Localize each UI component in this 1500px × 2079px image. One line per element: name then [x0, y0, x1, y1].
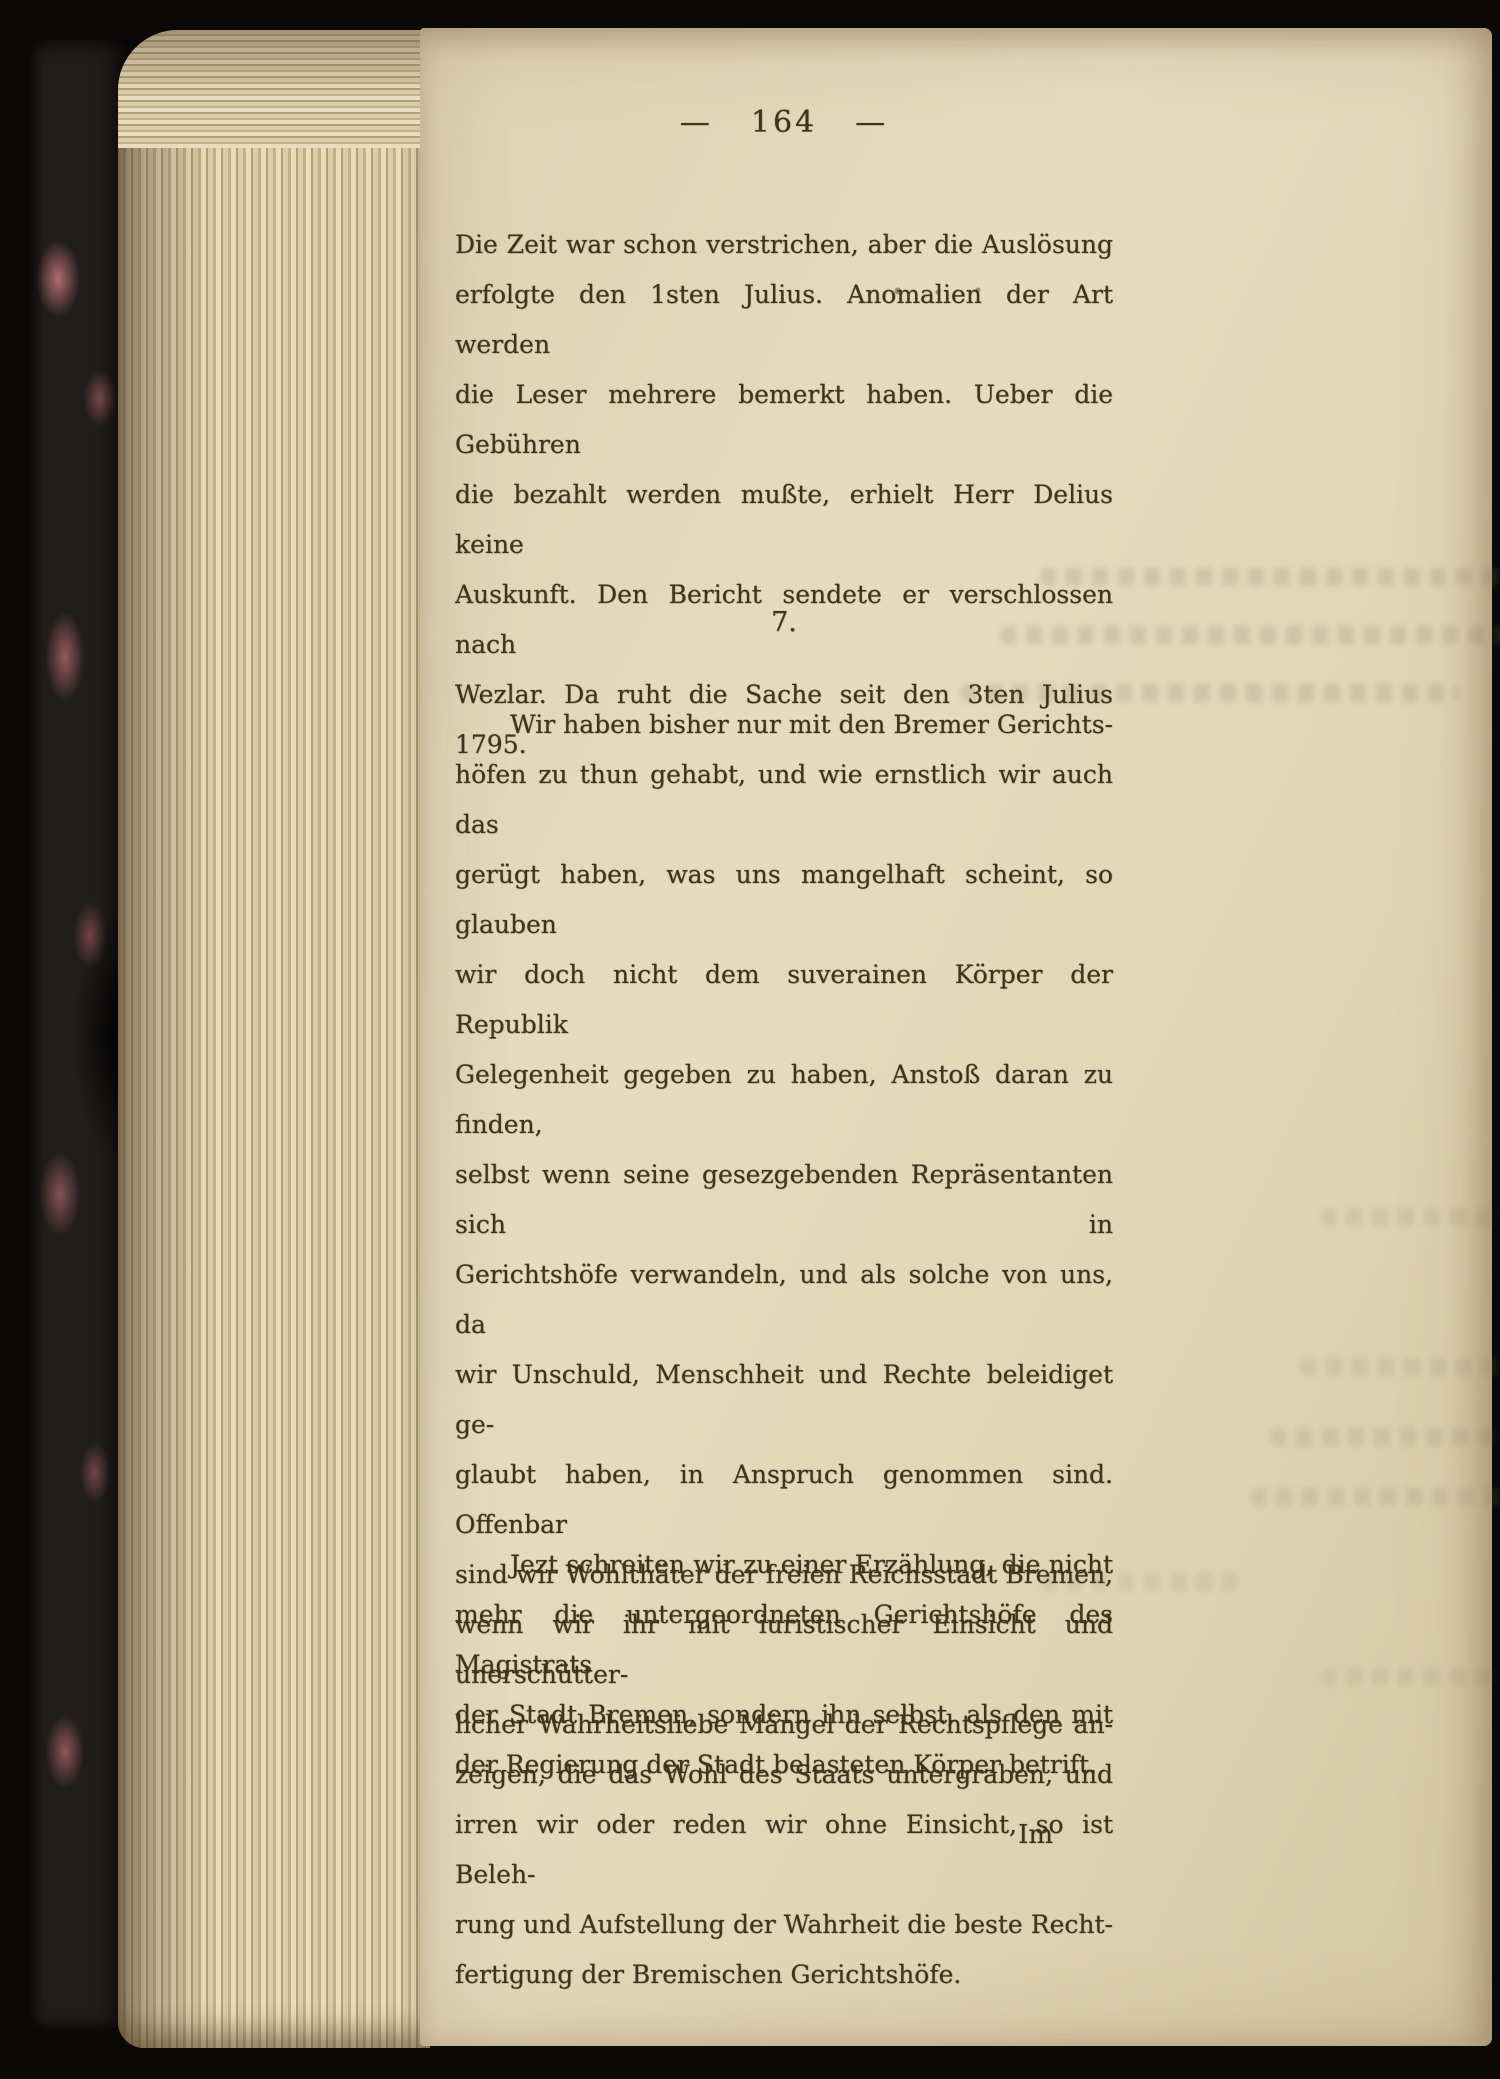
- text-line: wir doch nicht dem suverainen Körper der…: [455, 950, 1113, 1050]
- book-spine-marbled-cover: [30, 40, 130, 2030]
- text-line: der Regierung der Stadt belasteten Körpe…: [455, 1740, 1113, 1790]
- text-line: Wir haben bisher nur mit den Bremer Geri…: [455, 700, 1113, 750]
- section-number: 7.: [455, 598, 1113, 648]
- paragraph-1: Die Zeit war schon verstrichen, aber die…: [455, 220, 1113, 770]
- text-line: die Leser mehrere bemerkt haben. Ueber d…: [455, 370, 1113, 470]
- text-line: der Stadt Bremen, sondern ihn selbst, al…: [455, 1690, 1113, 1740]
- text-line: erfolgte den 1sten Julius. Anomalien der…: [455, 270, 1113, 370]
- text-line: höfen zu thun gehabt, und wie ernstlich …: [455, 750, 1113, 850]
- bleed-through-smudge: [1300, 1358, 1500, 1376]
- header-dash-left: —: [680, 105, 713, 140]
- text-line: gerügt haben, was uns mangelhaft scheint…: [455, 850, 1113, 950]
- bleed-through-smudge: [1250, 1488, 1500, 1506]
- text-line: Gerichtshöfe verwandeln, und als solche …: [455, 1250, 1113, 1350]
- header-dash-right: —: [855, 105, 888, 140]
- bleed-through-smudge: [1270, 1428, 1500, 1446]
- text-line: die bezahlt werden mußte, erhielt Herr D…: [455, 470, 1113, 570]
- text-line: Jezt schreiten wir zu einer Erzählung, d…: [455, 1540, 1113, 1590]
- text-line: wir Unschuld, Menschheit und Rechte bele…: [455, 1350, 1113, 1450]
- page-number: 164: [751, 105, 817, 140]
- bleed-through-smudge: [1320, 1668, 1500, 1686]
- stacked-page-top-edges: [118, 30, 430, 148]
- text-line: rung und Aufstellung der Wahrheit die be…: [455, 1900, 1113, 1950]
- section-number-label: 7.: [771, 607, 797, 638]
- paragraph-2: Wir haben bisher nur mit den Bremer Geri…: [455, 700, 1113, 2000]
- text-line: Die Zeit war schon verstrichen, aber die…: [455, 220, 1113, 270]
- running-head: — 164 —: [455, 96, 1113, 148]
- text-line: selbst wenn seine gesezgebenden Repräsen…: [455, 1150, 1113, 1250]
- text-line: glaubt haben, in Anspruch genommen sind.…: [455, 1450, 1113, 1550]
- catchword-label: Im: [1018, 1820, 1053, 1850]
- stacked-page-edges: [118, 30, 430, 2048]
- text-line: mehr die untergeordneten Gerichtshöfe de…: [455, 1590, 1113, 1690]
- text-line: Gelegenheit gegeben zu haben, Anstoß dar…: [455, 1050, 1113, 1150]
- catchword: Im: [455, 1810, 1113, 1860]
- paragraph-3: Jezt schreiten wir zu einer Erzählung, d…: [455, 1540, 1113, 1790]
- book-scan: — 164 — Die Zeit war schon verstrichen, …: [0, 0, 1500, 2079]
- text-line: fertigung der Bremischen Gerichtshöfe.: [455, 1950, 1113, 2000]
- bleed-through-smudge: [1320, 1208, 1500, 1226]
